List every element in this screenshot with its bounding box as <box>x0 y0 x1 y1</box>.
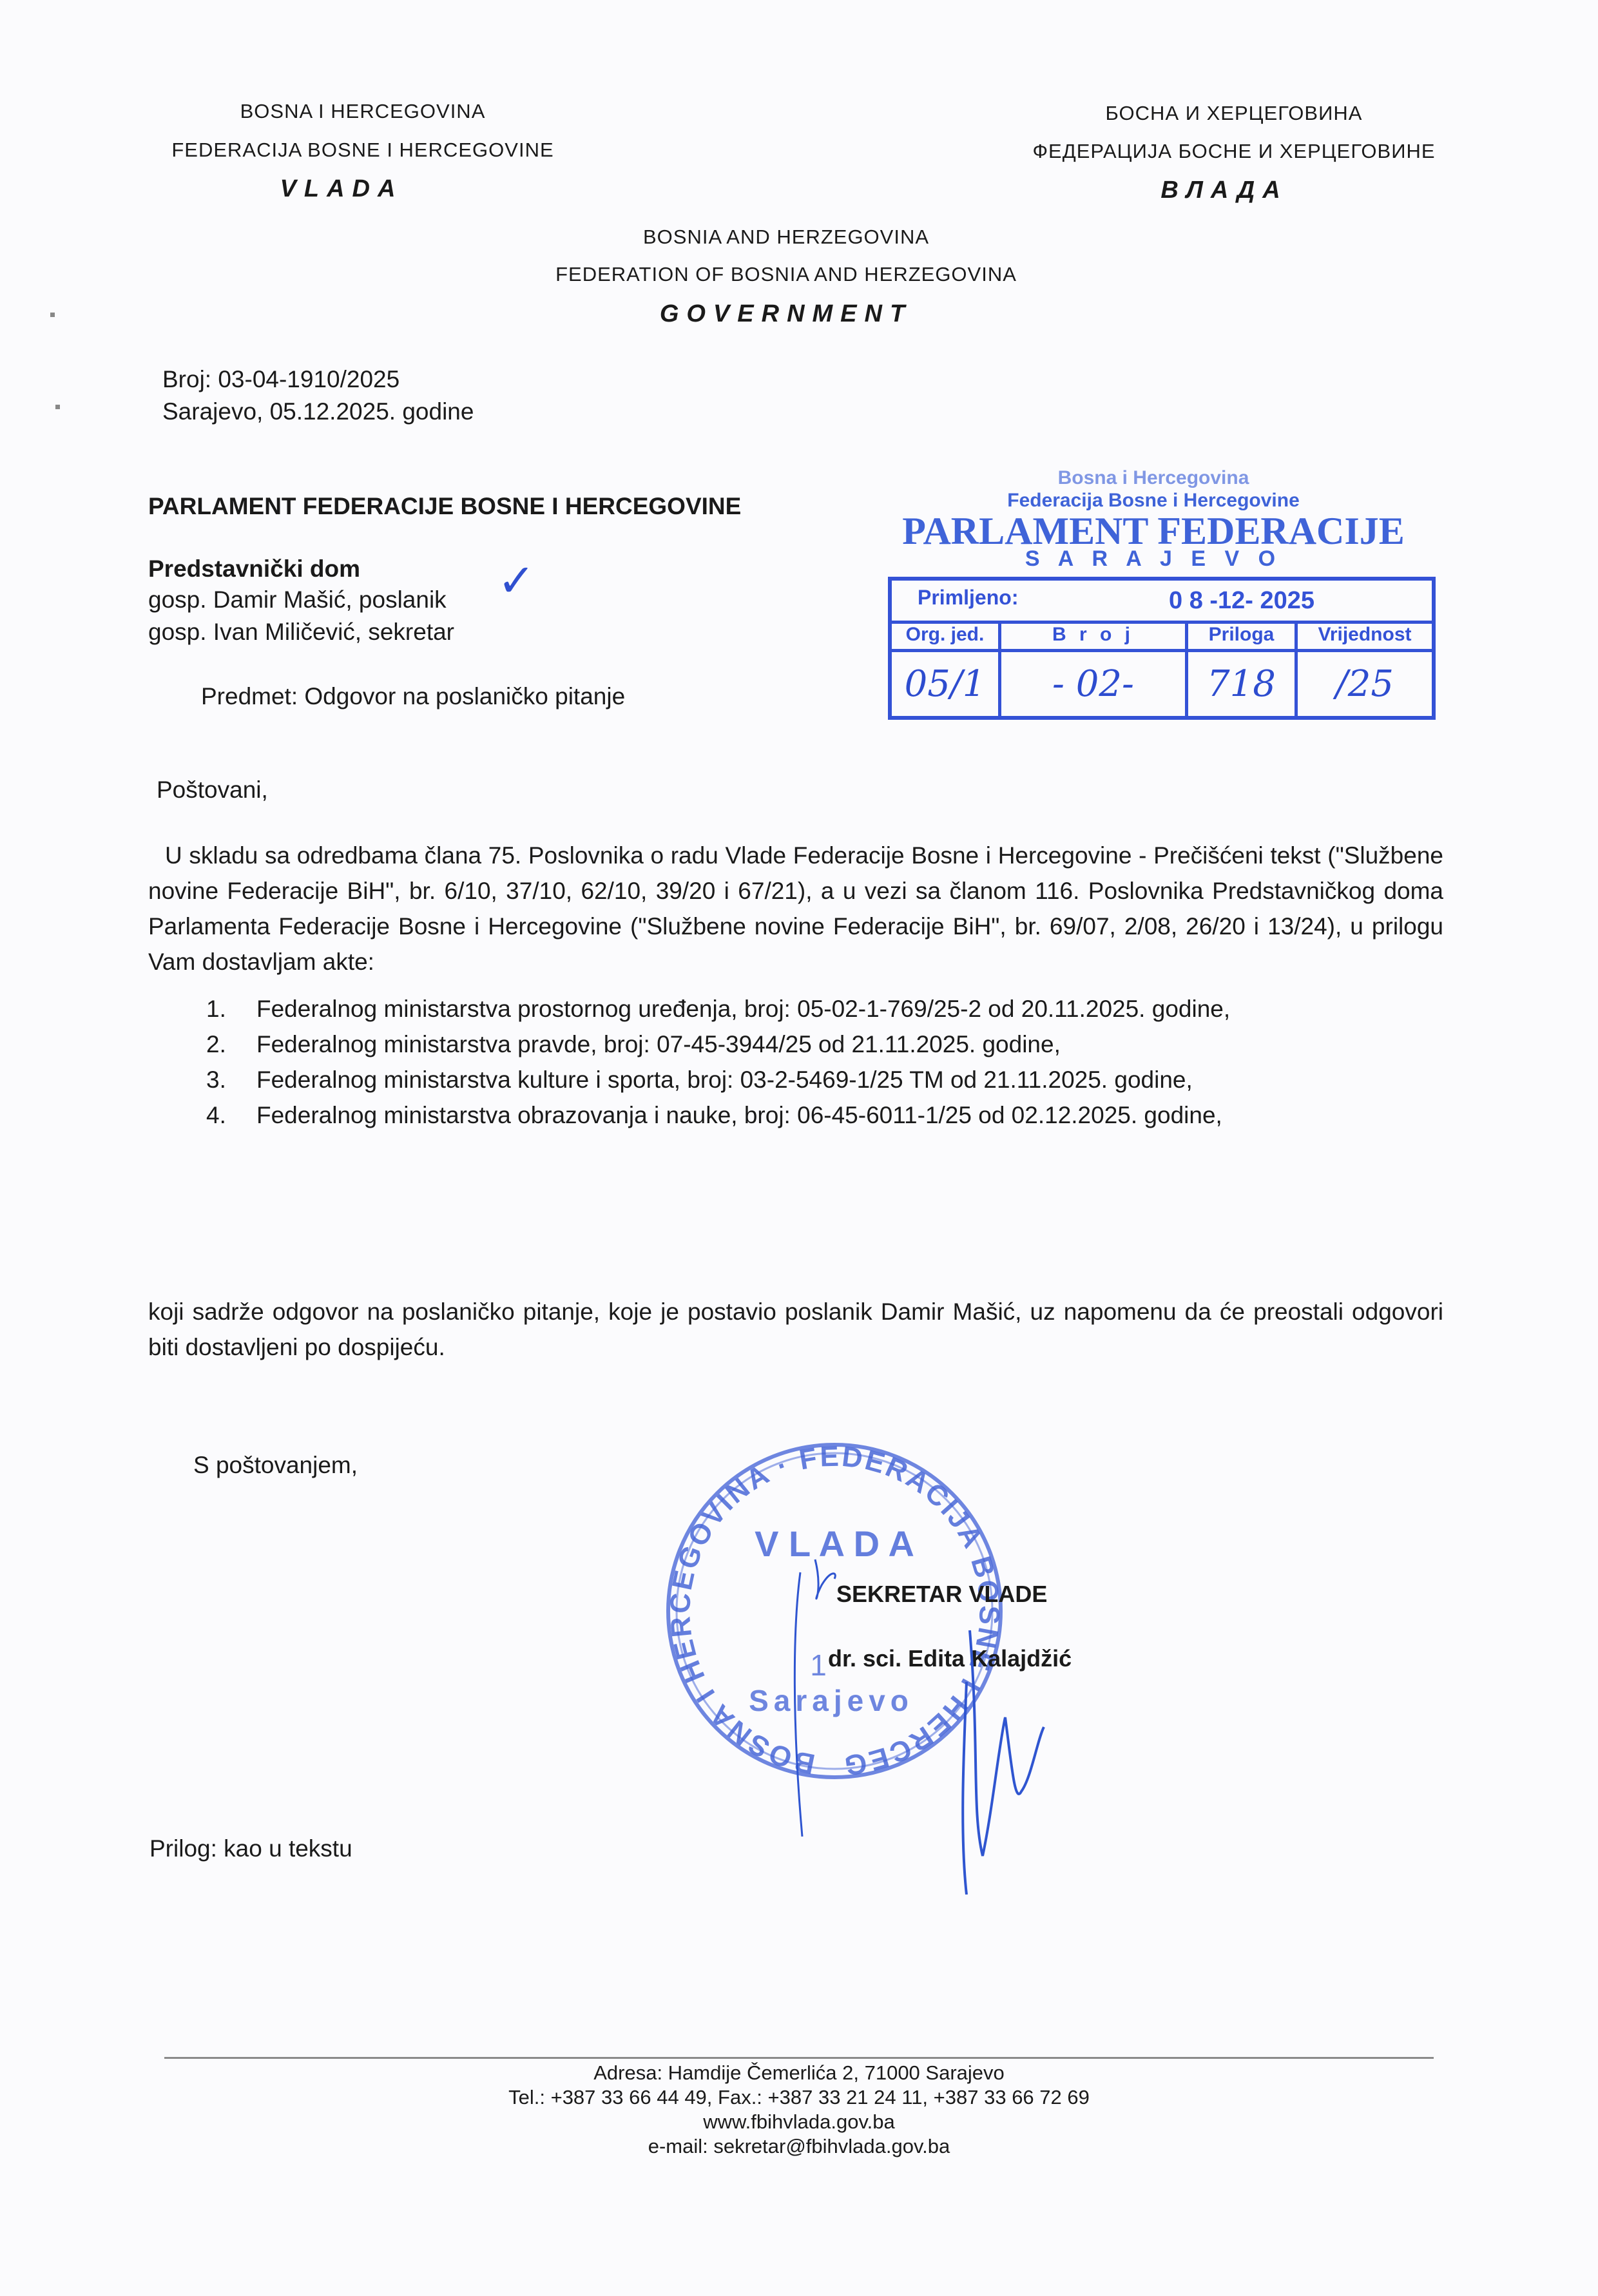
stamp-line-2: Federacija Bosne i Hercegovine <box>1007 490 1300 512</box>
list-item-number: 4. <box>206 1102 256 1129</box>
value-org-jed: 05/1 <box>892 652 998 717</box>
scan-mark <box>55 405 60 409</box>
received-row: Primljeno: 0 8 -12- 2025 <box>892 581 1432 624</box>
letterhead-left-line2: FEDERACIJA BOSNE I HERCEGOVINE <box>171 139 554 162</box>
letterhead-left-title: VLADA <box>280 175 403 203</box>
letterhead-right-title: ВЛАДА <box>1160 177 1287 204</box>
handwritten-signature-icon <box>728 1534 1089 1895</box>
letterhead-center-title: GOVERNMENT <box>660 300 912 328</box>
list-item: 2.Federalnog ministarstva pravde, broj: … <box>206 1031 1430 1066</box>
cell-broj: B r o j - 02- <box>1001 621 1188 717</box>
footer-divider <box>164 2057 1434 2059</box>
header-priloga: Priloga <box>1188 621 1295 652</box>
list-item-text: Federalnog ministarstva pravde, broj: 07… <box>256 1031 1061 1057</box>
value-priloga: 718 <box>1188 652 1295 717</box>
header-broj: B r o j <box>1001 621 1185 652</box>
letterhead-left-line1: BOSNA I HERCEGOVINA <box>240 100 486 123</box>
registration-table: Primljeno: 0 8 -12- 2025 Org. jed. 05/1 … <box>888 577 1436 720</box>
letterhead-right-line1: БОСНА И ХЕРЦЕГОВИНА <box>1106 102 1363 125</box>
header-org-jed: Org. jed. <box>892 621 998 652</box>
attachments-list: 1.Federalnog ministarstva prostornog ure… <box>206 996 1430 1137</box>
list-item-text: Federalnog ministarstva kulture i sporta… <box>256 1066 1193 1093</box>
list-item: 4.Federalnog ministarstva obrazovanja i … <box>206 1102 1430 1137</box>
list-item-text: Federalnog ministarstva obrazovanja i na… <box>256 1102 1222 1128</box>
footer-phone: Tel.: +387 33 66 44 49, Fax.: +387 33 21… <box>0 2085 1598 2109</box>
list-item-number: 2. <box>206 1031 256 1058</box>
value-broj: - 02- <box>1001 652 1185 717</box>
cell-priloga: Priloga 718 <box>1188 621 1298 717</box>
list-item-text: Federalnog ministarstva prostornog uređe… <box>256 996 1230 1022</box>
header-vrijednost: Vrijednost <box>1298 621 1432 652</box>
recipient-institution: PARLAMENT FEDERACIJE BOSNE I HERCEGOVINE <box>148 493 741 520</box>
reference-place-date: Sarajevo, 05.12.2025. godine <box>162 398 474 425</box>
footer-web[interactable]: www.fbihvlada.gov.ba <box>0 2110 1598 2134</box>
subject: Predmet: Odgovor na poslaničko pitanje <box>201 683 625 710</box>
attachment-note: Prilog: kao u tekstu <box>149 1835 352 1862</box>
cell-vrijednost: Vrijednost /25 <box>1298 621 1432 717</box>
stamp-line-1: Bosna i Hercegovina <box>1058 467 1249 489</box>
letterhead-center-line1: BOSNIA AND HERZEGOVINA <box>643 226 929 249</box>
intro-paragraph: U skladu sa odredbama člana 75. Poslovni… <box>148 838 1443 979</box>
recipient-house: Predstavnički dom <box>148 555 360 583</box>
list-item-number: 1. <box>206 996 256 1023</box>
letterhead-center-line2: FEDERATION OF BOSNIA AND HERZEGOVINA <box>555 263 1017 286</box>
checkmark-icon: ✓ <box>497 554 535 607</box>
value-vrijednost: /25 <box>1298 652 1432 717</box>
received-date: 0 8 -12- 2025 <box>1169 587 1314 615</box>
letterhead-right-line2: ФЕДЕРАЦИЈА БОСНЕ И ХЕРЦЕГОВИНЕ <box>1032 140 1435 163</box>
cell-org-jed: Org. jed. 05/1 <box>892 621 1001 717</box>
scan-mark <box>50 313 55 317</box>
reference-number: Broj: 03-04-1910/2025 <box>162 366 400 393</box>
received-label: Primljeno: <box>918 586 1018 610</box>
list-item: 3.Federalnog ministarstva kulture i spor… <box>206 1066 1430 1102</box>
list-item: 1.Federalnog ministarstva prostornog ure… <box>206 996 1430 1031</box>
greeting: Poštovani, <box>157 777 268 804</box>
salutation: S poštovanjem, <box>193 1452 358 1479</box>
recipient-person-1: gosp. Damir Mašić, poslanik <box>148 586 447 613</box>
stamp-line-4: S A R A J E V O <box>1025 546 1282 572</box>
footer-address: Adresa: Hamdije Čemerlića 2, 71000 Saraj… <box>0 2061 1598 2085</box>
footer-email[interactable]: e-mail: sekretar@fbihvlada.gov.ba <box>0 2134 1598 2158</box>
closing-paragraph: koji sadrže odgovor na poslaničko pitanj… <box>148 1294 1443 1365</box>
list-item-number: 3. <box>206 1066 256 1094</box>
recipient-person-2: gosp. Ivan Miličević, sekretar <box>148 619 454 646</box>
